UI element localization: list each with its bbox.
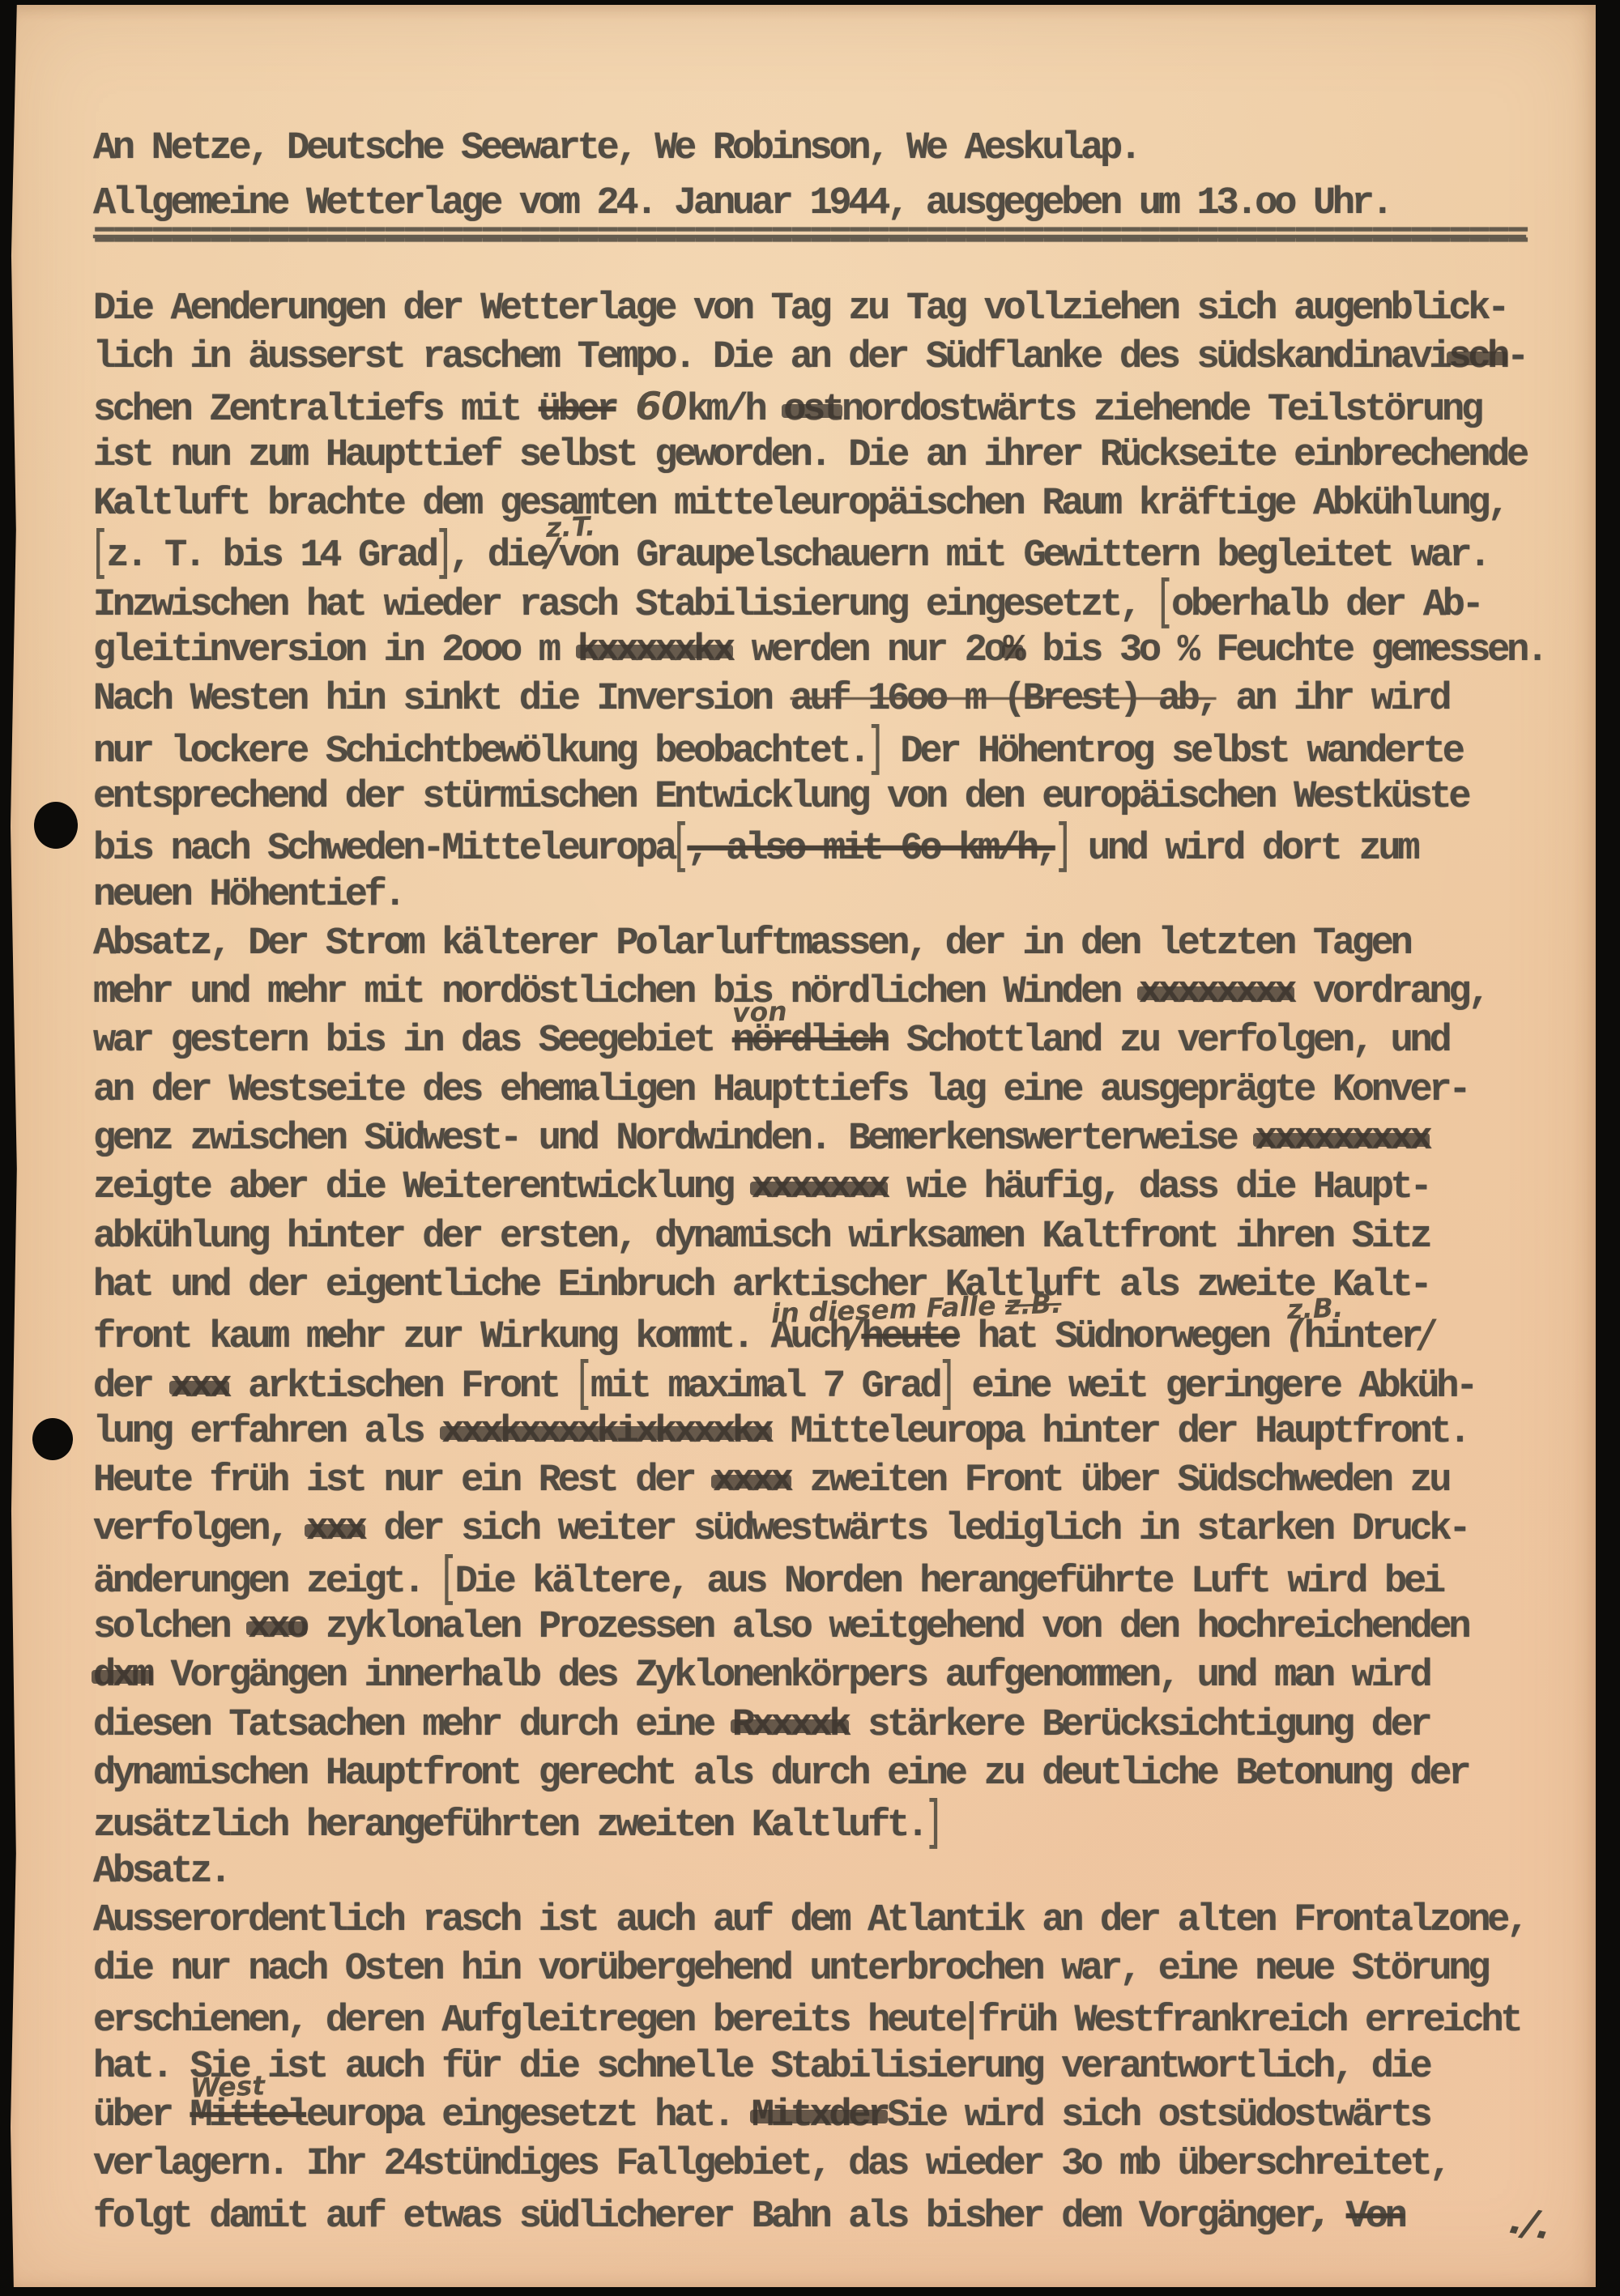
text-line: verlagern. Ihr 24stündiges Fallgebiet, d… [93, 2141, 1551, 2189]
text-line: schen Zentraltiefs mit über 60km/h ostno… [93, 383, 1551, 432]
typed-text: genz zwischen Südwest- und Nordwinden. B… [93, 1118, 1255, 1161]
text-line: ist nun zum Haupttief selbst geworden. D… [93, 432, 1551, 480]
text-line: dxm Vorgängen innerhalb des Zyklonenkörp… [93, 1652, 1551, 1701]
pencil-bracket: ] [939, 1348, 952, 1421]
typed-text: europa eingesetzt hat. [306, 2094, 752, 2137]
typed-text: Nach Westen hin sinkt die Inversion [93, 678, 791, 721]
text-line: bis nach Schweden-Mitteleuropa[, also mi… [93, 822, 1551, 871]
typed-text: zyklonalen Prozessen also weitgehend von… [306, 1606, 1468, 1649]
typed-text: zusätzlich herangeführten zweiten Kaltlu… [93, 1804, 926, 1847]
text-line: front kaum mehr zur Wirkung kommt. in di… [93, 1310, 1551, 1359]
text-line: Absatz. [93, 1848, 1551, 1897]
typed-text: schen Zentraltiefs mit [93, 389, 539, 432]
pencil-bracket: ] [436, 517, 449, 590]
struck-text: xxxxxxxxx [1255, 1118, 1429, 1161]
typed-text: eine weit geringere Abküh- [953, 1365, 1475, 1408]
text-line: abkühlung hinter der ersten, dynamisch w… [93, 1213, 1551, 1262]
typed-text: oberhalb der Ab- [1171, 584, 1481, 627]
pencil-bracket: [ [1158, 566, 1171, 639]
hole-punch [32, 1418, 73, 1460]
pencil-bracket: ] [868, 713, 880, 786]
text-line: genz zwischen Südwest- und Nordwinden. B… [93, 1115, 1551, 1164]
text-line: war gestern bis in das Seegebiet vonnörd… [93, 1017, 1551, 1066]
typed-text: der [93, 1365, 171, 1408]
text-line: nur lockere Schichtbewölkung beobachtet.… [93, 725, 1551, 773]
handwriting: von [731, 995, 787, 1029]
text-line: [z. T. bis 14 Grad], diez.T./von Graupel… [93, 529, 1551, 577]
text-line: Nach Westen hin sinkt die Inversion auf … [93, 675, 1551, 724]
typed-text: werden nur 2o [732, 629, 1004, 672]
recipient-line: An Netze, Deutsche Seewarte, We Robinson… [93, 125, 1551, 180]
typed-text: Der Höhentrog selbst wanderte [881, 731, 1462, 773]
typed-text: an der Westseite des ehemaligen Haupttie… [93, 1069, 1468, 1112]
typed-text: auf 16oo m (Brest) ab, [791, 678, 1217, 721]
typed-text: abkühlung hinter der ersten, dynamisch w… [93, 1216, 1429, 1259]
text-line: zusätzlich herangeführten zweiten Kaltlu… [93, 1799, 1551, 1847]
text-line: mehr und mehr mit nordöstlichen bis nörd… [93, 969, 1551, 1017]
handwriting: z.B. [1287, 1292, 1345, 1325]
typed-text: Sie wird sich ostsüdostwärts [887, 2094, 1429, 2137]
typed-text: Die kältere, aus Norden herangeführte Lu… [455, 1561, 1443, 1604]
typed-text: lich in äusserst raschem Tempo. Die an d… [93, 336, 1448, 379]
pencil-bracket: ] [1055, 810, 1068, 883]
scanned-document-background: { "colors": { "background": "#0c0b09", "… [0, 0, 1620, 2296]
struck-text: xxxx [713, 1459, 791, 1502]
handwritten-annotation-text: z.B. [1286, 1284, 1344, 1334]
typed-text: ist nun zum Haupttief selbst geworden. D… [93, 434, 1526, 477]
typed-text: Mitteleuropa hinter der Hauptfront. [771, 1411, 1469, 1454]
struck-text: % [1004, 629, 1023, 672]
typed-text: lung erfahren als [93, 1411, 441, 1454]
typed-text: neuen Höhentief. [93, 874, 403, 917]
text-line: erschienen, deren Aufgleitregen bereits … [93, 1994, 1551, 2043]
handwritten-edit: , [1313, 2192, 1327, 2236]
typed-text: Kaltluft brachte dem gesamten mitteleuro… [93, 483, 1507, 526]
typed-text: verfolgen, [93, 1508, 306, 1551]
text-line: Absatz, Der Strom kälterer Polarluftmass… [93, 920, 1551, 969]
struck-text: Von [1346, 2196, 1405, 2238]
typed-text [616, 389, 635, 432]
text-line: die nur nach Osten hin vorübergehend unt… [93, 1945, 1551, 1994]
typed-text: änderungen zeigt. [93, 1561, 441, 1604]
typed-text: früh Westfrankreich erreicht [978, 2000, 1520, 2043]
typed-text: zweiten Front über Südschweden zu [791, 1459, 1449, 1502]
typed-text: bis nach Schweden-Mitteleuropa [93, 828, 674, 871]
typed-text: der sich weiter südwestwärts lediglich i… [364, 1508, 1469, 1551]
document-page: An Netze, Deutsche Seewarte, We Robinson… [10, 5, 1596, 2287]
handwriting: in diesem Falle [770, 1289, 1005, 1329]
text-line: entsprechend der stürmischen Entwicklung… [93, 773, 1551, 822]
text-line: hat. Sie ist auch für die schnelle Stabi… [93, 2043, 1551, 2092]
typed-text: stärkere Berücksichtigung der [848, 1704, 1429, 1747]
struck-text: ost [783, 389, 842, 432]
typed-text: vordrang, [1294, 971, 1487, 1014]
typed-text: verlagern. Ihr 24stündiges Fallgebiet, d… [93, 2143, 1448, 2186]
text-line: der xxx arktischen Front [mit maximal 7 … [93, 1360, 1551, 1408]
typed-text: über [93, 2094, 190, 2137]
typed-text: war gestern bis in das Seegebiet [93, 1020, 732, 1063]
handwriting-struck: z.B. [1004, 1288, 1062, 1321]
text-line: verfolgen, xxx der sich weiter südwestwä… [93, 1506, 1551, 1554]
document-body: Die Aenderungen der Wetterlage von Tag z… [93, 285, 1551, 2238]
text-line: über WestMitteleuropa eingesetzt hat. Mi… [93, 2092, 1551, 2141]
typed-text: nordostwärts ziehende Teilstörung [842, 389, 1481, 432]
text-line: änderungen zeigt. [Die kältere, aus Nord… [93, 1555, 1551, 1604]
typed-text: Ausserordentlich rasch ist auch auf dem … [93, 1899, 1526, 1942]
typed-text: gleitinversion in 2ooo m [93, 629, 578, 672]
struck-text: xxxkxxxxkixkxxxkx [441, 1411, 770, 1454]
typed-text: hat und der eigentliche Einbruch arktisc… [93, 1264, 1429, 1307]
struck-text: Rxxxxk [732, 1704, 848, 1747]
text-line: lung erfahren als xxxkxxxxkixkxxxkx Mitt… [93, 1408, 1551, 1457]
typewritten-content: An Netze, Deutsche Seewarte, We Robinson… [93, 125, 1551, 2238]
struck-text: über [539, 389, 616, 432]
handwritten-edit: 60 [635, 385, 686, 429]
typed-text: hat. Sie ist auch für die schnelle Stabi… [93, 2046, 1429, 2089]
pencil-bracket: ] [926, 1787, 939, 1859]
handwriting: West [190, 2069, 265, 2103]
typed-text: Schottland zu verfolgen, und [887, 1020, 1448, 1063]
struck-text: xxx [306, 1508, 364, 1551]
typed-text: die nur nach Osten hin vorübergehend unt… [93, 1948, 1487, 1991]
text-line: Kaltluft brachte dem gesamten mitteleuro… [93, 480, 1551, 529]
handwritten-edit: | [965, 1996, 978, 2040]
pencil-bracket: [ [441, 1543, 454, 1616]
typed-text: Die Aenderungen der Wetterlage von Tag z… [93, 288, 1507, 330]
typed-text: bis 3o % Feuchte gemessen. [1022, 629, 1545, 672]
typed-text: km/h [687, 389, 784, 432]
typed-text: mehr und mehr mit nordöstlichen bis nörd… [93, 971, 1139, 1014]
text-line: folgt damit auf etwas südlicherer Bahn a… [93, 2190, 1551, 2238]
text-line: lich in äusserst raschem Tempo. Die an d… [93, 334, 1551, 382]
typed-text: Absatz, Der Strom kälterer Polarluftmass… [93, 922, 1410, 965]
struck-text: dxm [93, 1655, 151, 1698]
typed-text: dynamischen Hauptfront gerecht als durch… [93, 1753, 1468, 1795]
handwritten-annotation-text: in diesem Falle z.B. [770, 1280, 1062, 1338]
pencil-bracket: [ [93, 517, 106, 590]
typed-text: , die [449, 535, 546, 577]
text-line: Inzwischen hat wieder rasch Stabilisieru… [93, 578, 1551, 627]
typed-text [1327, 2196, 1346, 2238]
typed-text: und wird dort zum [1068, 828, 1417, 871]
struck-text: xxxxxxxx [1139, 971, 1294, 1014]
typed-text: front kaum mehr zur Wirkung kommt. [93, 1316, 771, 1359]
struck-text: sch [1448, 336, 1507, 379]
typed-text: an ihr wird [1216, 678, 1448, 721]
handwritten-annotation-text: West [190, 2061, 266, 2112]
handwriting: z.T. [545, 510, 596, 543]
text-line: zeigte aber die Weiterentwicklung xxxxxx… [93, 1164, 1551, 1212]
typed-text: nur lockere Schichtbewölkung beobachtet. [93, 731, 868, 773]
typed-text: z. T. bis 14 Grad [106, 535, 435, 577]
handwritten-annotation-text: von [731, 987, 788, 1037]
text-line: dynamischen Hauptfront gerecht als durch… [93, 1750, 1551, 1799]
text-line: Ausserordentlich rasch ist auch auf dem … [93, 1897, 1551, 1945]
typed-text: Absatz. [93, 1851, 228, 1893]
typed-text: erschienen, deren Aufgleitregen bereits … [93, 2000, 965, 2043]
struck-text: xxx [171, 1365, 229, 1408]
text-line: solchen xxo zyklonalen Prozessen also we… [93, 1604, 1551, 1652]
typed-text: arktischen Front [228, 1365, 577, 1408]
typed-text: folgt damit auf etwas südlicherer Bahn a… [93, 2196, 1313, 2238]
typed-text: diesen Tatsachen mehr durch eine [93, 1704, 732, 1747]
typed-text: von Graupelschauern mit Gewittern beglei… [559, 535, 1488, 577]
hole-punch [34, 802, 78, 849]
pencil-bracket: [ [674, 810, 687, 883]
page-end-mark-handwritten: ./. [1507, 2198, 1555, 2248]
text-line: diesen Tatsachen mehr durch eine Rxxxxk … [93, 1702, 1551, 1750]
typed-text: wie häufig, dass die Haupt- [887, 1166, 1429, 1209]
text-line: Die Aenderungen der Wetterlage von Tag z… [93, 285, 1551, 334]
struck-text: xxo [248, 1606, 306, 1649]
pencil-bracket: [ [578, 1348, 590, 1421]
typed-text: Inzwischen hat wieder rasch Stabilisieru… [93, 584, 1158, 627]
text-line: gleitinversion in 2ooo m kxxxxxkx werden… [93, 627, 1551, 675]
typed-text: mit maximal 7 Grad [590, 1365, 939, 1408]
text-line: an der Westseite des ehemaligen Haupttie… [93, 1067, 1551, 1115]
typed-text: zeigte aber die Weiterentwicklung [93, 1166, 752, 1209]
title-line: Allgemeine Wetterlage vom 24. Januar 194… [93, 180, 1551, 215]
struck-text: Mitxder [752, 2094, 887, 2137]
typed-text: - [1507, 336, 1526, 379]
handwritten-edit: / [1420, 1312, 1433, 1357]
handwritten-annotation-text: z.T. [545, 502, 596, 552]
separator-line: ========================================… [93, 215, 1551, 285]
struck-text: kxxxxxkx [578, 629, 732, 672]
struck-text: xxxxxxx [752, 1166, 887, 1209]
typed-text: entsprechend der stürmischen Entwicklung… [93, 776, 1468, 819]
struck-text: , also mit 6o km/h, [687, 828, 1055, 871]
typed-text: solchen [93, 1606, 248, 1649]
typed-text: Vorgängen innerhalb des Zyklonenkörpers … [151, 1655, 1430, 1698]
text-line: neuen Höhentief. [93, 871, 1551, 920]
typed-text: Heute früh ist nur ein Rest der [93, 1459, 713, 1502]
text-line: Heute früh ist nur ein Rest der xxxx zwe… [93, 1457, 1551, 1506]
